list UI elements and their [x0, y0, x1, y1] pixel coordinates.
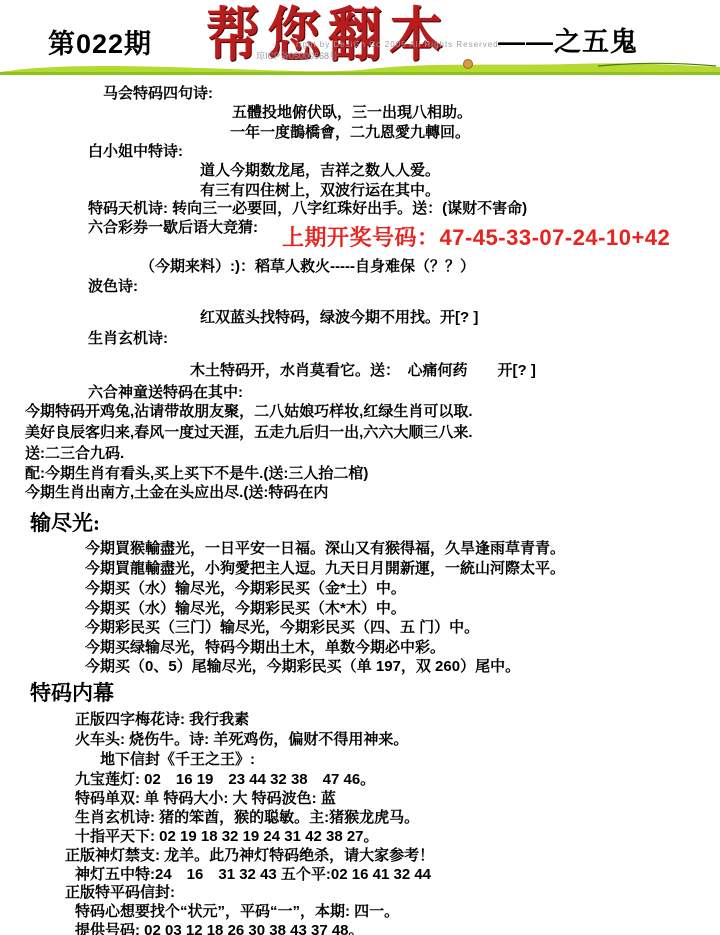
shujinguang-line: 今期买（水）输尽光，今期彩民买（木*木）中。	[85, 600, 406, 619]
section-mahui-label: 马会特码四句诗:	[103, 85, 213, 104]
shujinguang-heading: 输尽光:	[30, 510, 100, 536]
neimu-line: 生肖玄机诗: 猪的笨酋，猴的聪敏。主:猪猴龙虎马。	[75, 809, 419, 828]
poem-line: 有三有四住树上，双波行运在其中。	[200, 182, 440, 201]
neimu-line: 十指平天下: 02 19 18 32 19 24 31 42 38 27。	[75, 828, 379, 847]
page-subtitle: ——之五鬼	[498, 26, 638, 60]
grass-base-line	[0, 72, 720, 75]
paragraph-line: 美好良辰客归来,春风一度过天涯，五走九后归一出,六六大顺三八来.	[25, 424, 473, 443]
section-shentong-label: 六合神童送特码在其中:	[88, 384, 243, 403]
shujinguang-line: 今期買龍輸盡光，小狗愛把主人逗。九天日月開新運，一統山河際太平。	[85, 560, 565, 579]
neimu-line: 火车头: 烧伤牛。诗: 羊死鸡伤，偏财不得用神来。	[75, 731, 408, 750]
paragraph-line: 配:今期生肖有看头,买上买下不是牛.(送:三人抬二棺)	[25, 465, 368, 484]
neimu-line: 神灯五中特:24 16 31 32 43 五个平:02 16 41 32 44	[75, 866, 431, 885]
neimu-line: 九宝莲灯: 02 16 19 23 44 32 38 47 46。	[75, 771, 375, 790]
shujinguang-line: 今期买（水）输尽光，今期彩民买（金*土）中。	[85, 580, 406, 599]
poem-line: 道人今期数龙尾，吉祥之数人人爱。	[200, 162, 440, 181]
neimu-line: 正版四字梅花诗: 我行我素	[75, 711, 249, 730]
neimu-line: 特码单双: 单 特码大小: 大 特码波色: 蓝	[75, 790, 336, 809]
shujinguang-line: 今期买绿输尽光，特码今期出土木，单数今期必中彩。	[85, 639, 445, 658]
tip-sheet-page: 第022期 帮您翻本 ——之五鬼 right by DesiGn Co 2005…	[0, 0, 720, 935]
shujinguang-line: 今期买（0、5）尾输尽光，今期彩民买（单 197，双 260）尾中。	[85, 658, 520, 677]
ladybug-icon	[464, 60, 473, 69]
section-shengxiao-label: 生肖玄机诗:	[88, 330, 168, 349]
shujinguang-line: 今期買猴輸盡光，一日平安一日福。深山又有猴得福，久旱逢雨草青青。	[85, 540, 565, 559]
previous-draw-numbers: 上期开奖号码：47-45-33-07-24-10+42	[282, 224, 670, 252]
neimu-line: 地下信封《千王之王》:	[100, 751, 255, 770]
neimu-line: 特码心想要找个“状元”，平码“一”，本期: 四一。	[75, 903, 399, 922]
neimu-heading: 特码内幕	[30, 680, 114, 706]
watermark-text: right by DesiGn Co 2005 All Rights Reser…	[296, 40, 502, 50]
section-xiehouyu-label: 六合彩券一歇后语大竞猜:	[88, 219, 258, 238]
neimu-line: 正版特平码信封:	[65, 884, 175, 903]
tianji-poem-line: 特码天机诗: 转向三一必要回，八字红珠好出手。送：(谋财不害命)	[88, 200, 527, 219]
section-bai-label: 白小姐中特诗:	[88, 143, 183, 162]
neimu-line: 提供号码: 02 03 12 18 26 30 38 43 37 48。	[75, 922, 364, 935]
grass-band-graphic	[0, 56, 720, 78]
shujinguang-line: 今期彩民买（三门）输尽光，今期彩民买（四、五 门）中。	[85, 619, 479, 638]
poem-line: 一年一度鵲橋會，二九恩愛九轉回。	[230, 124, 470, 143]
poem-line: 五體投地俯伏臥，三一出現八相助。	[232, 104, 472, 123]
neimu-line: 正版神灯禁支: 龙羊。此乃神灯特码绝杀，请大家参考！	[65, 847, 434, 866]
bose-poem-line: 红双蓝头找特码，绿波今期不用找。开[? ]	[200, 309, 478, 328]
xiehouyu-clue-line: （今期来料）:)：稻草人救火-----自身难保（？？）	[140, 258, 475, 277]
paragraph-line: 送:二三合九码.	[25, 445, 124, 464]
paragraph-line: 今期特码开鸡兔,沾请带故朋友聚，二八姑娘巧样妆,红绿生肖可以取.	[25, 403, 473, 422]
paragraph-line: 今期生肖出南方,土金在头应出尽.(送:特码在内	[25, 484, 328, 503]
shengxiao-poem-line: 木土特码开，水肖莫看它。送： 心痛何药 开[? ]	[190, 362, 536, 381]
section-bose-label: 波色诗:	[88, 278, 138, 297]
